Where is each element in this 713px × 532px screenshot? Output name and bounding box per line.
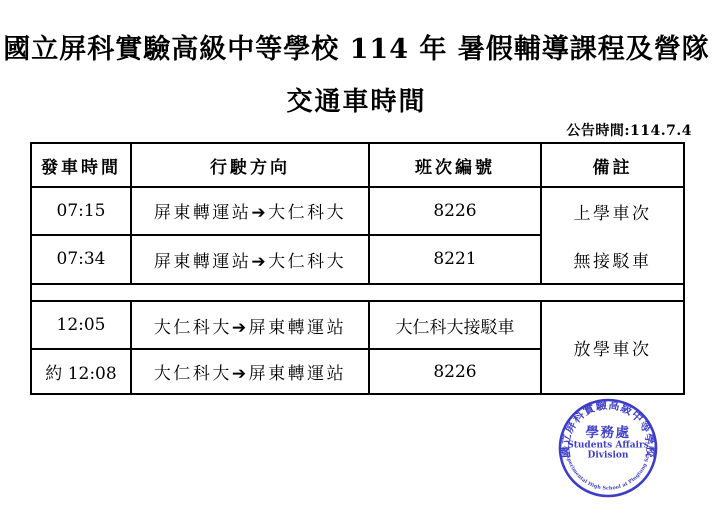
seal-center-line3: Division [588,451,629,461]
document-subtitle: 交通車時間 [0,81,713,118]
departure-time: 約 12:08 [31,349,131,394]
seal-flower-left-icon: ❀ [562,445,568,453]
remark-morning-line2: 無接駁車 [542,247,683,272]
remark-morning-cell: 上學車次 無接駁車 [541,187,684,284]
bus-number: 8226 [369,349,541,394]
header-bus-number: 班次編號 [369,143,541,187]
announcement-date: 公告時間:114.7.4 [566,120,692,140]
table-row: 07:15 屏東轉運站➔大仁科大 8226 上學車次 無接駁車 [31,187,684,235]
spacer-cell [31,284,684,301]
departure-time: 07:34 [31,235,131,284]
spacer-row [31,284,684,301]
document-title: 國立屏科實驗高級中等學校 114 年 暑假輔導課程及營隊 [0,27,713,66]
header-row: 發車時間 行駛方向 班次編號 備註 [31,143,684,187]
document-page: 國立屏科實驗高級中等學校 114 年 暑假輔導課程及營隊 交通車時間 公告時間:… [0,0,713,532]
bus-number: 大仁科大接駁車 [369,301,541,349]
route-direction: 屏東轉運站➔大仁科大 [131,235,369,284]
remark-morning-line1: 上學車次 [542,199,683,224]
departure-time: 12:05 [31,301,131,349]
remark-afternoon-cell: 放學車次 [541,301,684,394]
seal-center-title: 學務處 [585,424,631,441]
table-row: 12:05 大仁科大➔屏東轉運站 大仁科大接駁車 放學車次 [31,301,684,349]
bus-number: 8221 [369,235,541,284]
header-direction: 行駛方向 [131,143,369,187]
route-direction: 大仁科大➔屏東轉運站 [131,301,369,349]
header-departure-time: 發車時間 [31,143,131,187]
seal-center-line2: Students Affairs [567,441,649,451]
remark-morning-stack: 上學車次 無接駁車 [542,188,683,283]
department-seal: 國立屏科實驗高級中等學校 National Experimental High … [556,396,660,500]
bus-number: 8226 [369,187,541,235]
seal-flower-right-icon: ❀ [649,445,655,453]
bus-schedule-table: 發車時間 行駛方向 班次編號 備註 07:15 屏東轉運站➔大仁科大 8226 … [30,142,685,395]
route-direction: 大仁科大➔屏東轉運站 [131,349,369,394]
header-remarks: 備註 [541,143,684,187]
departure-time: 07:15 [31,187,131,235]
route-direction: 屏東轉運站➔大仁科大 [131,187,369,235]
